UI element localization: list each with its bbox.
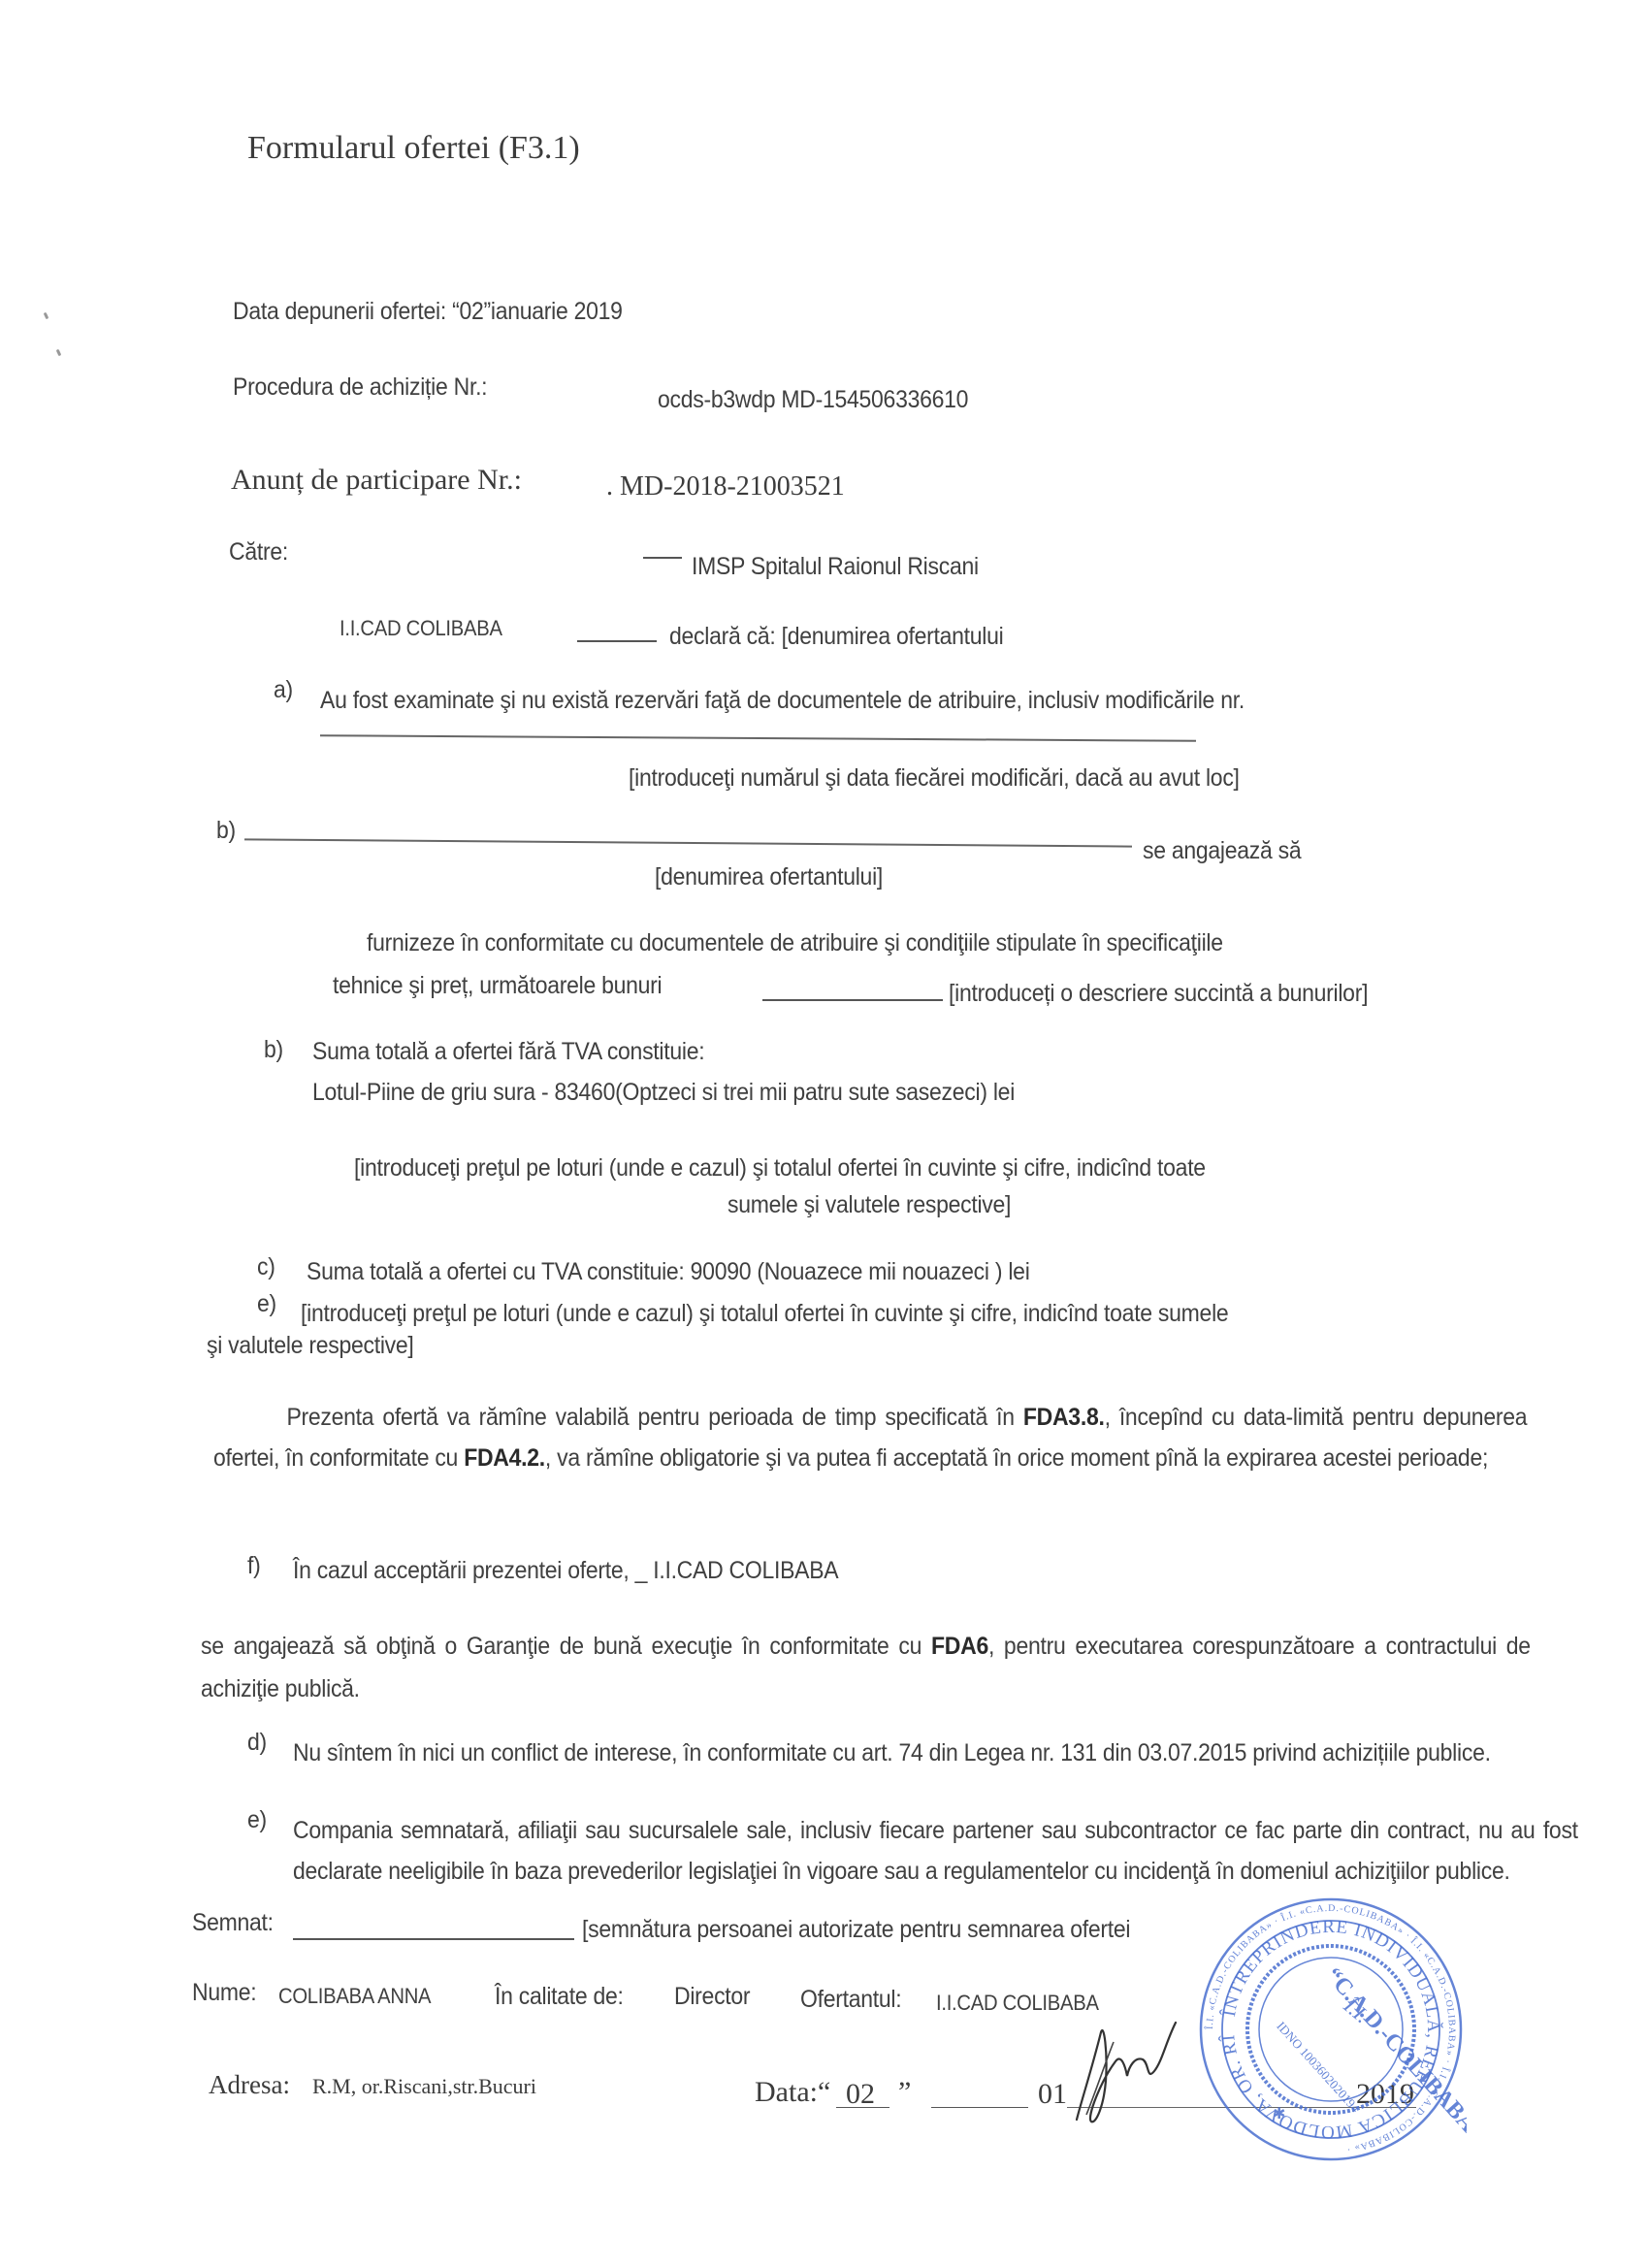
footer-name-row: Nume: [192,1979,262,2007]
date-label: Data:“ [755,2076,830,2109]
to-value: IMSP Spitalul Raionul Riscani [692,553,979,581]
bidder-label: Ofertantul: [800,1986,901,2014]
name-value: COLIBABA ANNA [278,1984,431,2009]
declarant-blank [577,640,657,642]
handwritten-signature [1057,2013,1183,2129]
item-f-text: În cazul acceptării prezentei oferte, _ … [293,1557,838,1585]
guarantee-paragraph: se angajează să obţină o Garanţie de bun… [201,1625,1531,1710]
date-month-blank [931,2107,1028,2108]
item-b2-marker: b) [264,1036,283,1064]
item-b1-supply-line2: tehnice şi preț, următoarele bunuri [333,972,662,1000]
page-title: Formularul ofertei (F3.1) [247,130,580,167]
item-b2-hint-line1: [introduceţi preţul pe loturi (unde e ca… [354,1154,1206,1183]
item-e1-marker: e) [257,1290,276,1318]
role-label: În calitate de: [495,1983,624,2011]
guarantee-ref-fda6: FDA6 [931,1633,988,1660]
scan-speck [44,312,49,320]
validity-paragraph: Prezenta ofertă va rămîne valabilă pentr… [213,1397,1527,1478]
validity-ref-fda42: FDA4.2. [464,1444,545,1472]
item-b1-supply-line1: furnizeze în conformitate cu documentele… [367,929,1223,957]
item-c-text: Suma totală a ofertei cu TVA constituie:… [307,1258,1030,1286]
item-c-marker: c) [257,1253,275,1281]
announcement-number: . MD-2018-21003521 [606,471,845,502]
item-d-text: Nu sîntem în nici un conflict de interes… [293,1733,1578,1773]
address-value: R.M, or.Riscani,str.Bucuri [312,2074,536,2099]
item-b1-commits: se angajează să [1143,837,1301,865]
item-b1-blank [244,838,1132,847]
guarantee-text-1: se angajează să obţină o Garanţie de bun… [201,1633,931,1660]
name-label: Nume: [192,1979,256,2007]
svg-text:✱: ✱ [1273,2106,1285,2122]
date-quote: ” [898,2076,911,2109]
goods-blank [762,999,943,1001]
scan-speck [56,349,62,357]
document-page: Formularul ofertei (F3.1) Data depunerii… [0,0,1649,2268]
validity-text-3: , va rămîne obligatorie şi va putea fi a… [545,1444,1488,1472]
item-e2-marker: e) [247,1806,267,1834]
to-blank [643,557,682,559]
role-value: Director [674,1983,750,2011]
item-e1-text-line2: şi valutele respective] [207,1332,414,1360]
procedure-number: ocds-b3wdp MD-154506336610 [658,386,968,414]
item-a-marker: a) [274,676,293,704]
item-d-marker: d) [247,1729,267,1757]
signed-label: Semnat: [192,1909,274,1937]
signed-hint: [semnătura persoanei autorizate pentru s… [582,1916,1130,1944]
validity-ref-fda38: FDA3.8. [1023,1404,1105,1431]
item-a-text: Au fost examinate şi nu există rezervări… [320,687,1245,715]
item-b2-hint-line2: sumele şi valutele respective] [727,1191,1011,1219]
item-b2-text: Suma totală a ofertei fără TVA constitui… [312,1038,704,1066]
item-b1-hint-name: [denumirea ofertantului] [655,863,883,891]
item-f-marker: f) [247,1552,260,1580]
item-b2-lot-line: Lotul-Piine de griu sura - 83460(Optzeci… [312,1079,1015,1107]
company-stamp: Î.I. «C.A.D.-COLIBABA» · Î.I. «C.A.D.-CO… [1195,1894,1467,2165]
item-b1-marker: b) [216,817,236,845]
item-e1-text-line1: [introduceţi preţul pe loturi (unde e ca… [301,1300,1228,1328]
announcement-label: Anunț de participare Nr.: [231,464,522,497]
to-label: Către: [229,538,288,567]
procedure-label: Procedura de achiziție Nr.: [233,373,487,402]
signature-blank [293,1938,574,1940]
item-b1-supply-hint: [introduceți o descriere succintă a bunu… [949,980,1368,1008]
bidder-name: I.I.CAD COLIBABA [339,616,502,641]
address-label: Adresa: [209,2070,290,2100]
declares-text: declară că: [denumirea ofertantului [669,623,1003,651]
date-day: 02 [846,2078,875,2111]
item-a-hint: [introduceţi numărul şi data fiecărei mo… [629,764,1240,793]
svg-text:Î.I. «C.A.D.-COLIBABA» · Î.I.: Î.I. «C.A.D.-COLIBABA» · Î.I. «C.A.D.-CO… [1204,1903,1457,2155]
validity-text-1: Prezenta ofertă va rămîne valabilă pentr… [286,1404,1022,1431]
item-e2-text: Compania semnatară, afiliaţii sau sucurs… [293,1810,1578,1892]
stamp-border-text: Î.I. «C.A.D.-COLIBABA» · Î.I. «C.A.D.-CO… [1204,1903,1457,2155]
item-a-blank [320,734,1196,742]
submission-date: Data depunerii ofertei: “02”ianuarie 201… [233,298,623,326]
